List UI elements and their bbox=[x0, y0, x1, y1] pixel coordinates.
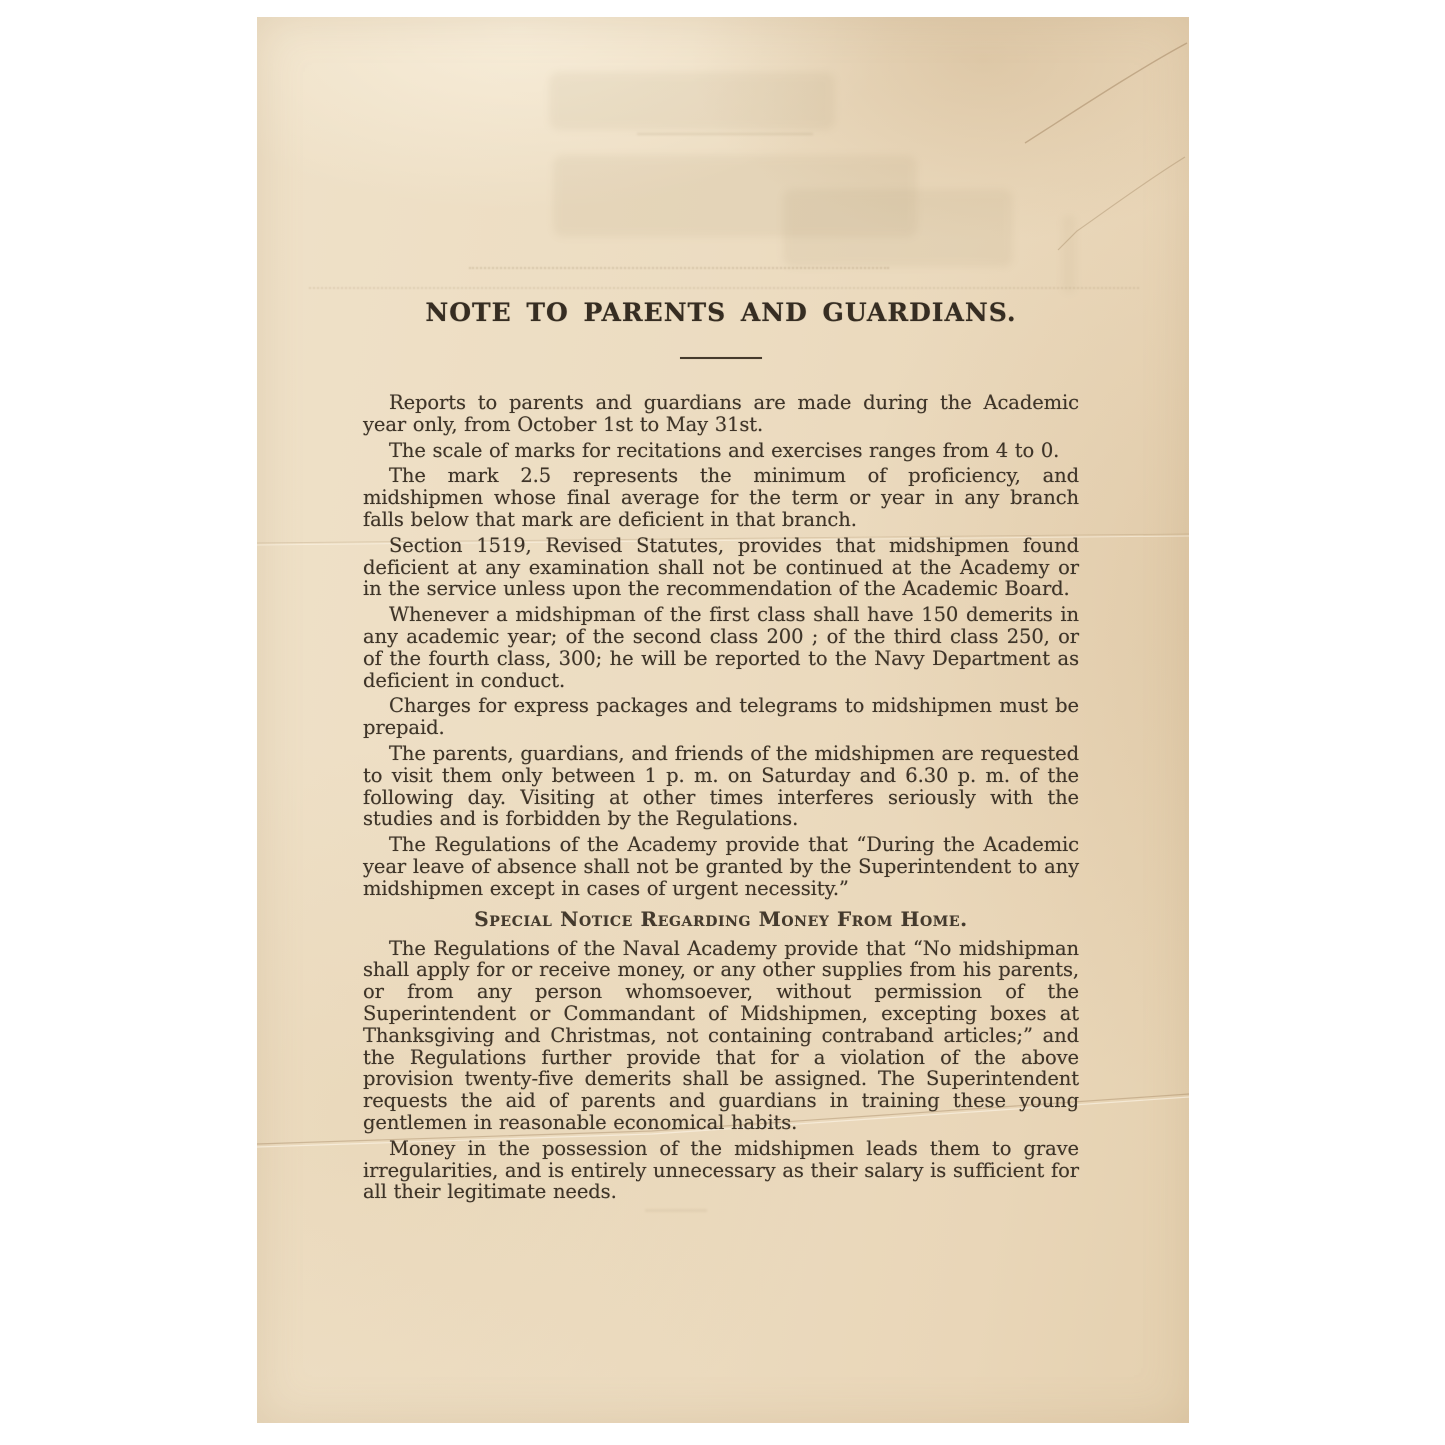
paragraph-scale-of-marks: The scale of marks for recitations and e… bbox=[363, 440, 1079, 462]
bleedthrough-rule bbox=[637, 133, 813, 135]
title-divider bbox=[680, 357, 762, 359]
paragraph-leave-of-absence: The Regulations of the Academy provide t… bbox=[363, 834, 1079, 899]
document-page: NOTE TO PARENTS AND GUARDIANS. Reports t… bbox=[257, 17, 1189, 1423]
paragraph-charges: Charges for express packages and telegra… bbox=[363, 695, 1079, 739]
document-title: NOTE TO PARENTS AND GUARDIANS. bbox=[363, 298, 1079, 327]
document-body: NOTE TO PARENTS AND GUARDIANS. Reports t… bbox=[363, 298, 1079, 1207]
bleedthrough-patch bbox=[783, 189, 1013, 267]
paragraph-reports: Reports to parents and guardians are mad… bbox=[363, 392, 1079, 436]
paragraph-money-possession: Money in the possession of the midshipme… bbox=[363, 1138, 1079, 1203]
section-heading-money-from-home: Special Notice Regarding Money From Home… bbox=[363, 907, 1079, 931]
paragraph-section-1519: Section 1519, Revised Statutes, provides… bbox=[363, 535, 1079, 600]
paragraph-visiting: The parents, guardians, and friends of t… bbox=[363, 743, 1079, 830]
bleedthrough-smudge bbox=[645, 1209, 707, 1212]
bleedthrough-dotted-line bbox=[469, 267, 889, 269]
bleedthrough-dotted-line bbox=[309, 287, 1139, 289]
bleedthrough-patch bbox=[549, 72, 835, 130]
paragraph-mark-25: The mark 2.5 represents the minimum of p… bbox=[363, 465, 1079, 530]
paragraph-money-regulations: The Regulations of the Naval Academy pro… bbox=[363, 938, 1079, 1134]
bleedthrough-streak bbox=[1062, 215, 1076, 293]
paragraph-demerits: Whenever a midshipman of the first class… bbox=[363, 604, 1079, 691]
